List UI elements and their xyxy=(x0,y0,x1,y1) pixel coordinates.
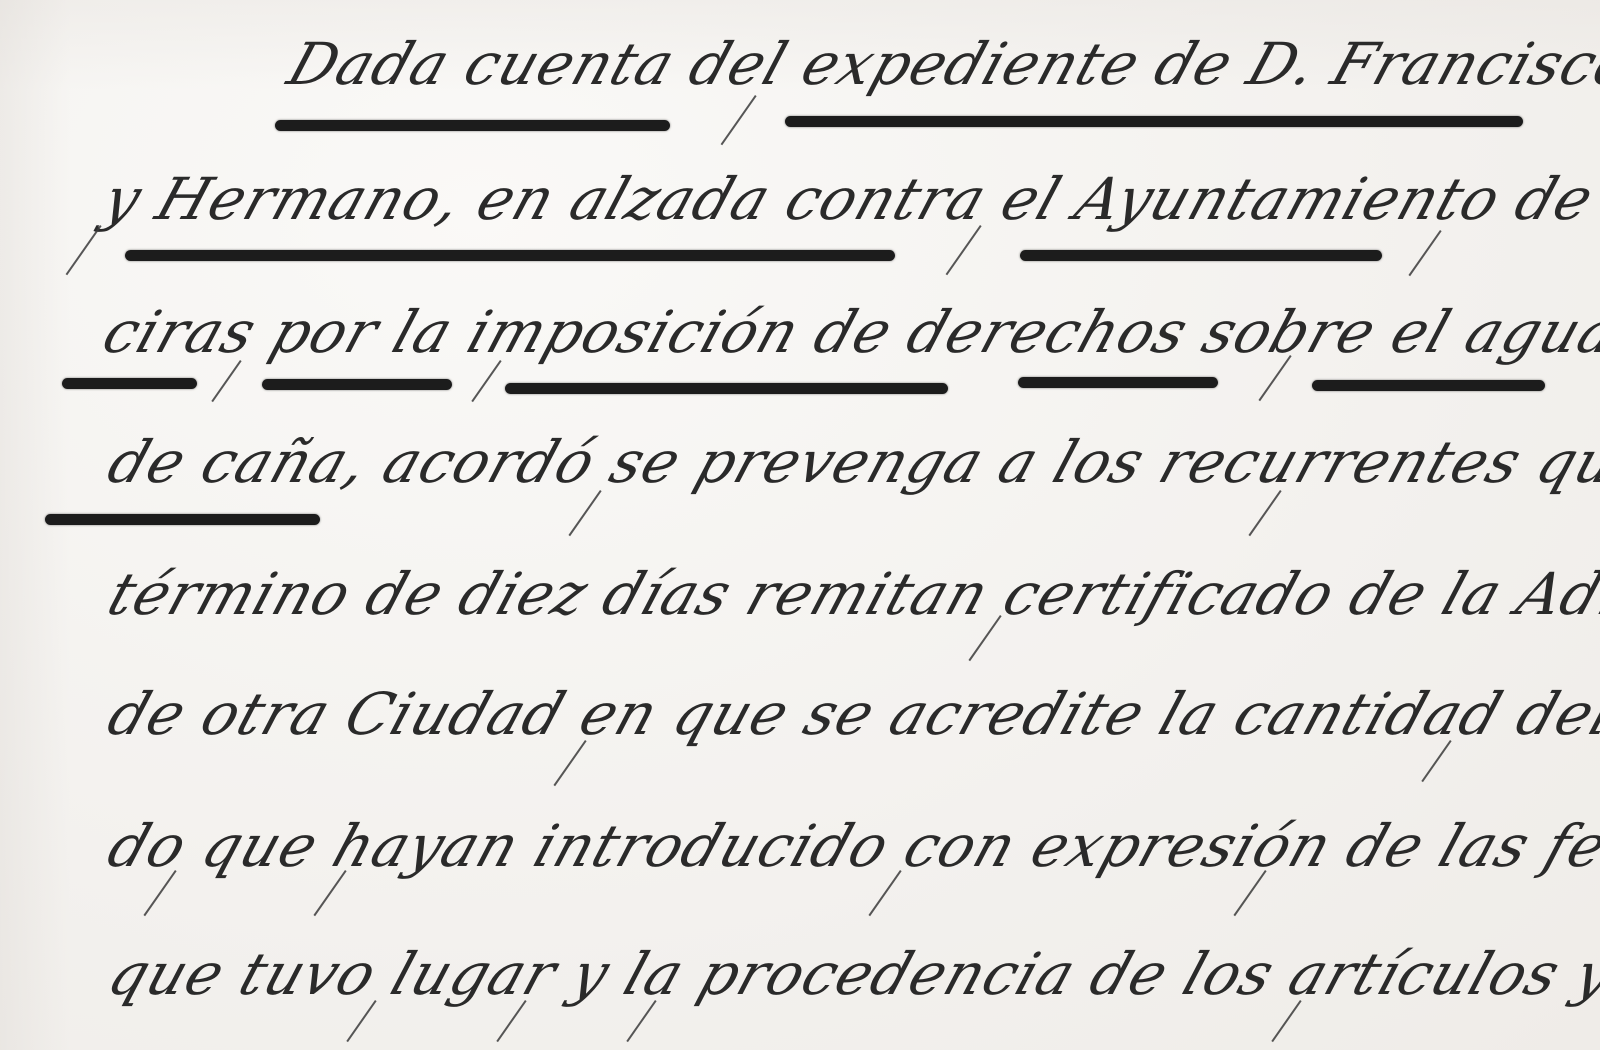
line-text: de otra Ciudad en que se acredite la can… xyxy=(100,680,1600,748)
descender-stroke xyxy=(211,360,241,402)
descender-stroke xyxy=(1408,230,1441,276)
line-text: término de diez días remitan certificado… xyxy=(100,560,1600,628)
underline-bar xyxy=(62,378,197,389)
descender-stroke xyxy=(721,95,757,145)
underline-bar xyxy=(1312,380,1545,391)
line-text: y Hermano, en alzada contra el Ayuntamie… xyxy=(95,165,1600,233)
underline-bar xyxy=(125,250,895,261)
line-text: do que hayan introducido con expresión d… xyxy=(100,812,1600,880)
underline-bar xyxy=(505,383,948,394)
line-text: ciras por la imposición de derechos sobr… xyxy=(95,298,1600,366)
line-text: de caña, acordó se prevenga a los recurr… xyxy=(100,428,1600,496)
descender-stroke xyxy=(471,360,501,402)
line-text: que tuvo lugar y la procedencia de los a… xyxy=(100,940,1600,1008)
manuscript-page: Dada cuenta del expediente de D. Francis… xyxy=(0,0,1600,1050)
manuscript-line-8: que tuvo lugar y la procedencia de los a… xyxy=(0,0,1600,100)
underline-bar xyxy=(1018,377,1218,388)
underline-bar xyxy=(262,379,452,390)
underline-bar xyxy=(275,120,670,131)
descender-stroke xyxy=(1248,490,1281,536)
descender-stroke xyxy=(66,225,102,275)
underline-bar xyxy=(1020,250,1382,261)
descender-stroke xyxy=(568,490,601,536)
underline-bar xyxy=(785,116,1523,127)
underline-bar xyxy=(45,514,320,525)
